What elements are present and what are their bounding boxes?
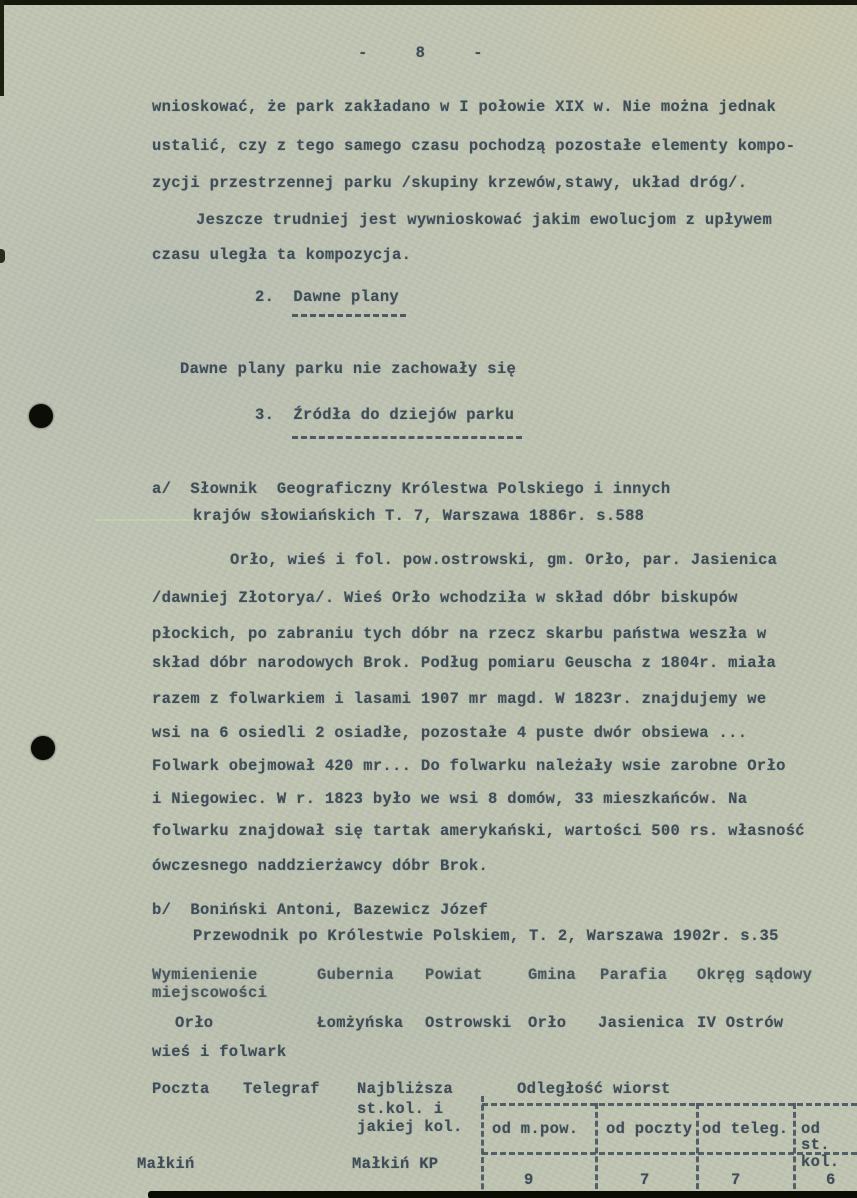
heading-underline [292,436,522,439]
reference-a-line: a/ Słownik Geograficzny Królestwa Polski… [152,480,670,499]
text-line: razem z folwarkiem i lasami 1907 mr magd… [152,690,767,709]
text-line: /dawniej Złotorya/. Wieś Orło wchodziła … [152,589,738,608]
text-line: ustalić, czy z tego samego czasu pochodz… [152,137,795,156]
scan-edge-bottom [148,1191,857,1198]
reference-b-line: Przewodnik po Królestwie Polskiem, T. 2,… [193,927,779,946]
dist-value-poczty: 7 [640,1171,650,1190]
gazetteer-row-powiat: Ostrowski [425,1014,511,1033]
hole-punch-top [29,404,53,428]
gazetteer-row-okreg: IV Ostrów [697,1014,783,1033]
dist-header-station: st.kol. i [357,1100,443,1119]
reference-a-line: krajów słowiańskich T. 7, Warszawa 1886r… [193,507,644,526]
dist-row-station: Małkiń KP [352,1155,438,1174]
gazetteer-row-name: Orło [175,1014,213,1033]
gazetteer-header-wymienienie: Wymienienie [152,966,258,985]
dist-value-mpow: 9 [524,1171,534,1190]
dist-title: Odległość wiorst [517,1080,671,1099]
scan-edge-left [0,0,4,96]
dist-subheader-poczty: od poczty [606,1120,692,1139]
text-line: płockich, po zabraniu tych dóbr na rzecz… [152,625,767,644]
gazetteer-header-parafia: Parafia [600,966,667,985]
reference-b-line: b/ Boniński Antoni, Bazewicz Józef [152,901,488,920]
table-dashed-line-top [482,1103,857,1106]
dist-header-poczta: Poczta [152,1080,210,1099]
text-line: zycji przestrzennej parku /skupiny krzew… [152,174,747,193]
document-page: - 8 - wnioskować, że park zakładano w I … [0,0,857,1198]
gazetteer-header-powiat: Powiat [425,966,483,985]
page-number: - 8 - [358,44,483,63]
text-line: Orło, wieś i fol. pow.ostrowski, gm. Orł… [230,551,777,570]
gazetteer-header-okreg: Okręg sądowy [697,966,812,985]
text-line: Dawne plany parku nie zachowały się [180,360,516,379]
dist-header-telegraf: Telegraf [243,1080,320,1099]
dist-header-station: jakiej kol. [357,1118,463,1137]
dist-subheader-stkol: st. [801,1136,830,1155]
text-line: Jeszcze trudniej jest wywnioskować jakim… [196,211,772,230]
text-line: folwarku znajdował się tartak amerykańsk… [152,822,805,841]
text-line: czasu uległa ta kompozycja. [152,246,411,265]
text-line: ówczesnego naddzierżawcy dóbr Brok. [152,857,488,876]
text-line: wnioskować, że park zakładano w I połowi… [152,98,776,117]
gazetteer-row-gmina: Orło [528,1014,566,1033]
section-heading-2: 2. Dawne plany [255,288,399,307]
gazetteer-header-gubernia: Gubernia [317,966,394,985]
dist-value-stkol: 6 [826,1171,836,1190]
table-dashed-column [481,1096,484,1198]
heading-underline [292,314,406,317]
dist-header-station: Najbliższa [357,1080,453,1099]
dist-subheader-teleg: od teleg. [702,1120,788,1139]
gazetteer-row-name2: wieś i folwark [152,1043,286,1062]
hole-punch-bottom [31,736,55,760]
gazetteer-row-parafia: Jasienica [598,1014,684,1033]
table-dashed-column [696,1103,699,1198]
text-line: wsi na 6 osiedli 2 osiadłe, pozostałe 4 … [152,724,747,743]
dist-subheader-stkol: kol. [801,1153,839,1172]
gazetteer-row-gubernia: Łomżyńska [317,1014,403,1033]
table-dashed-column [793,1103,796,1198]
section-heading-3: 3. Źródła do dziejów parku [255,406,514,425]
gazetteer-header-miejscowosci: miejscowości [152,984,267,1003]
scan-edge-mark [0,249,5,263]
dist-row-poczta: Małkiń [137,1155,195,1174]
table-dashed-column [595,1103,598,1198]
gazetteer-header-gmina: Gmina [528,966,576,985]
text-line: skład dóbr narodowych Brok. Podług pomia… [152,654,776,673]
text-line: Folwark obejmował 420 mr... Do folwarku … [152,757,786,776]
text-line: i Niegowiec. W r. 1823 było we wsi 8 dom… [152,790,747,809]
scan-edge-top [0,0,857,5]
dist-subheader-mpow: od m.pow. [492,1120,578,1139]
dist-value-teleg: 7 [731,1171,741,1190]
